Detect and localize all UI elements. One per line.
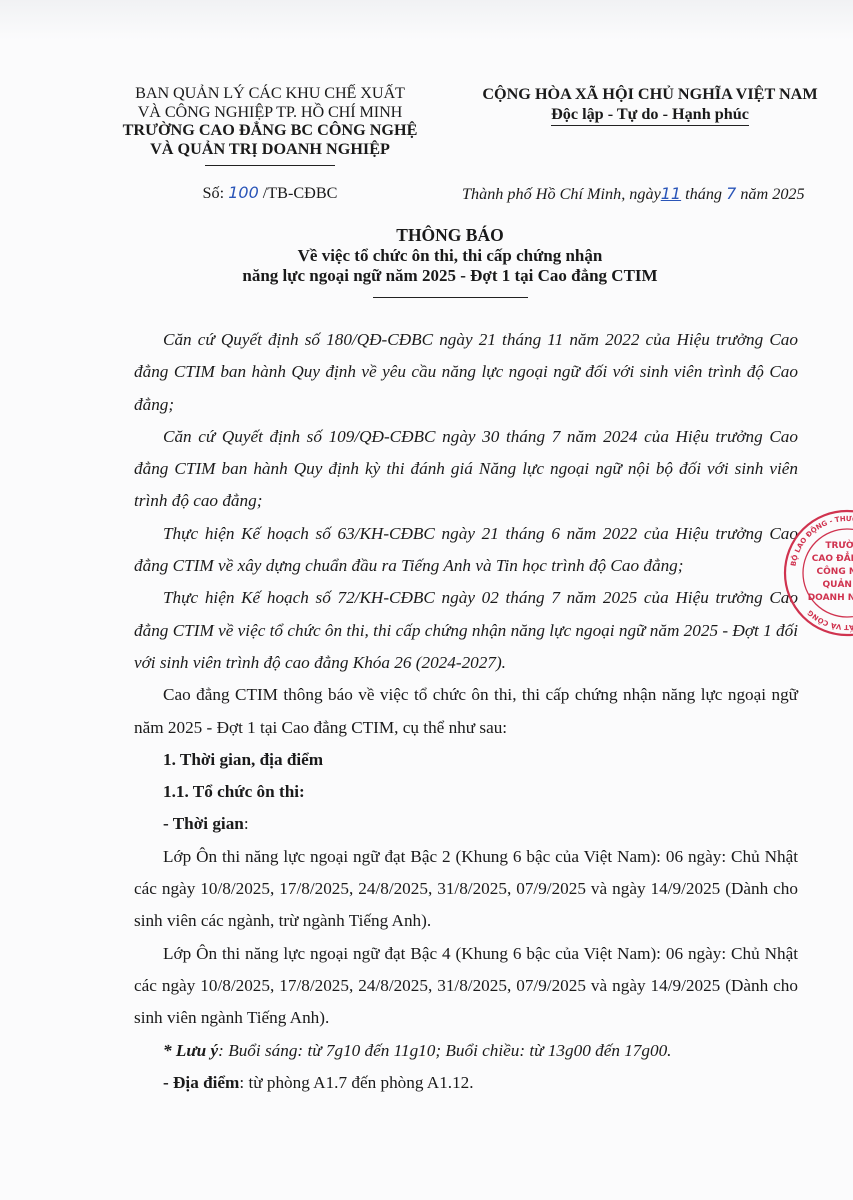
class-bac4-paragraph: Lớp Ôn thi năng lực ngoại ngữ đạt Bậc 4 … — [134, 938, 798, 1035]
document-number-label: Số: — [203, 184, 229, 202]
parent-agency-line1: BAN QUẢN LÝ CÁC KHU CHẾ XUẤT — [100, 84, 440, 103]
header-divider — [205, 165, 335, 166]
title-divider — [373, 297, 528, 298]
seal-inner-line5: DOANH NGHIỆP — [808, 592, 853, 603]
intro-paragraph: Cao đẳng CTIM thông báo về việc tổ chức … — [134, 679, 798, 744]
time-label: - Thời gian — [163, 814, 244, 833]
seal-inner-line3: CÔNG NGHỆ — [817, 565, 853, 577]
school-name-line1: TRƯỜNG CAO ĐẲNG BC CÔNG NGHỆ — [100, 121, 440, 140]
parent-agency-line2: VÀ CÔNG NGHIỆP TP. HỒ CHÍ MINH — [100, 103, 440, 122]
issue-date: Thành phố Hồ Chí Minh, ngày11 tháng 7 nă… — [462, 184, 832, 204]
document-number-suffix: /TB-CĐBC — [259, 184, 338, 202]
date-month-label: tháng — [685, 185, 722, 203]
time-heading: - Thời gian: — [134, 808, 798, 840]
national-header: CỘNG HÒA XÃ HỘI CHỦ NGHĨA VIỆT NAM Độc l… — [470, 84, 830, 126]
note-paragraph: * Lưu ý: Buổi sáng: từ 7g10 đến 11g10; B… — [134, 1035, 798, 1067]
legal-basis-1: Căn cứ Quyết định số 180/QĐ-CĐBC ngày 21… — [134, 324, 798, 421]
class-bac2-paragraph: Lớp Ôn thi năng lực ngoại ngữ đạt Bậc 2 … — [134, 841, 798, 938]
document-number-value: 100 — [228, 183, 259, 202]
title-heading: THÔNG BÁO — [150, 225, 750, 246]
note-text: : Buổi sáng: từ 7g10 đến 11g10; Buổi chi… — [218, 1041, 671, 1060]
date-year: năm 2025 — [740, 185, 804, 203]
school-name-line2: VÀ QUẢN TRỊ DOANH NGHIỆP — [100, 140, 440, 159]
issuer-header: BAN QUẢN LÝ CÁC KHU CHẾ XUẤT VÀ CÔNG NGH… — [100, 84, 440, 166]
nation-name: CỘNG HÒA XÃ HỘI CHỦ NGHĨA VIỆT NAM — [470, 84, 830, 104]
document-body: Căn cứ Quyết định số 180/QĐ-CĐBC ngày 21… — [134, 324, 798, 1099]
legal-basis-3: Thực hiện Kế hoạch số 63/KH-CĐBC ngày 21… — [134, 518, 798, 583]
section-1-heading: 1. Thời gian, địa điểm — [134, 744, 798, 776]
title-subject-line1: Về việc tổ chức ôn thi, thi cấp chứng nh… — [150, 246, 750, 267]
time-colon: : — [244, 814, 249, 833]
seal-inner-line1: TRƯỜNG — [825, 539, 853, 551]
seal-inner-line2: CAO ĐẲNG BC — [812, 551, 853, 564]
legal-basis-2: Căn cứ Quyết định số 109/QĐ-CĐBC ngày 30… — [134, 421, 798, 518]
document-page: BAN QUẢN LÝ CÁC KHU CHẾ XUẤT VÀ CÔNG NGH… — [0, 0, 853, 1200]
date-day: 11 — [661, 184, 681, 203]
date-prefix: Thành phố Hồ Chí Minh, ngày — [462, 185, 661, 203]
place-text: : từ phòng A1.7 đến phòng A1.12. — [239, 1073, 473, 1092]
place-label: - Địa điểm — [163, 1073, 239, 1092]
date-month: 7 — [726, 184, 736, 203]
document-title: THÔNG BÁO Về việc tổ chức ôn thi, thi cấ… — [150, 225, 750, 298]
official-seal-stamp: BỘ LAO ĐỘNG - THƯƠNG ★ BAN QUẢN LÝ CÁC K… — [782, 508, 853, 638]
national-motto: Độc lập - Tự do - Hạnh phúc — [551, 104, 749, 126]
section-1-1-heading: 1.1. Tổ chức ôn thi: — [134, 776, 798, 808]
note-label: * Lưu ý — [163, 1041, 218, 1060]
document-number: Số: 100 /TB-CĐBC — [100, 183, 440, 203]
title-subject-line2: năng lực ngoại ngữ năm 2025 - Đợt 1 tại … — [150, 266, 750, 287]
place-paragraph: - Địa điểm: từ phòng A1.7 đến phòng A1.1… — [134, 1067, 798, 1099]
legal-basis-4: Thực hiện Kế hoạch số 72/KH-CĐBC ngày 02… — [134, 582, 798, 679]
seal-inner-line4: QUẢN TRỊ — [822, 578, 853, 590]
